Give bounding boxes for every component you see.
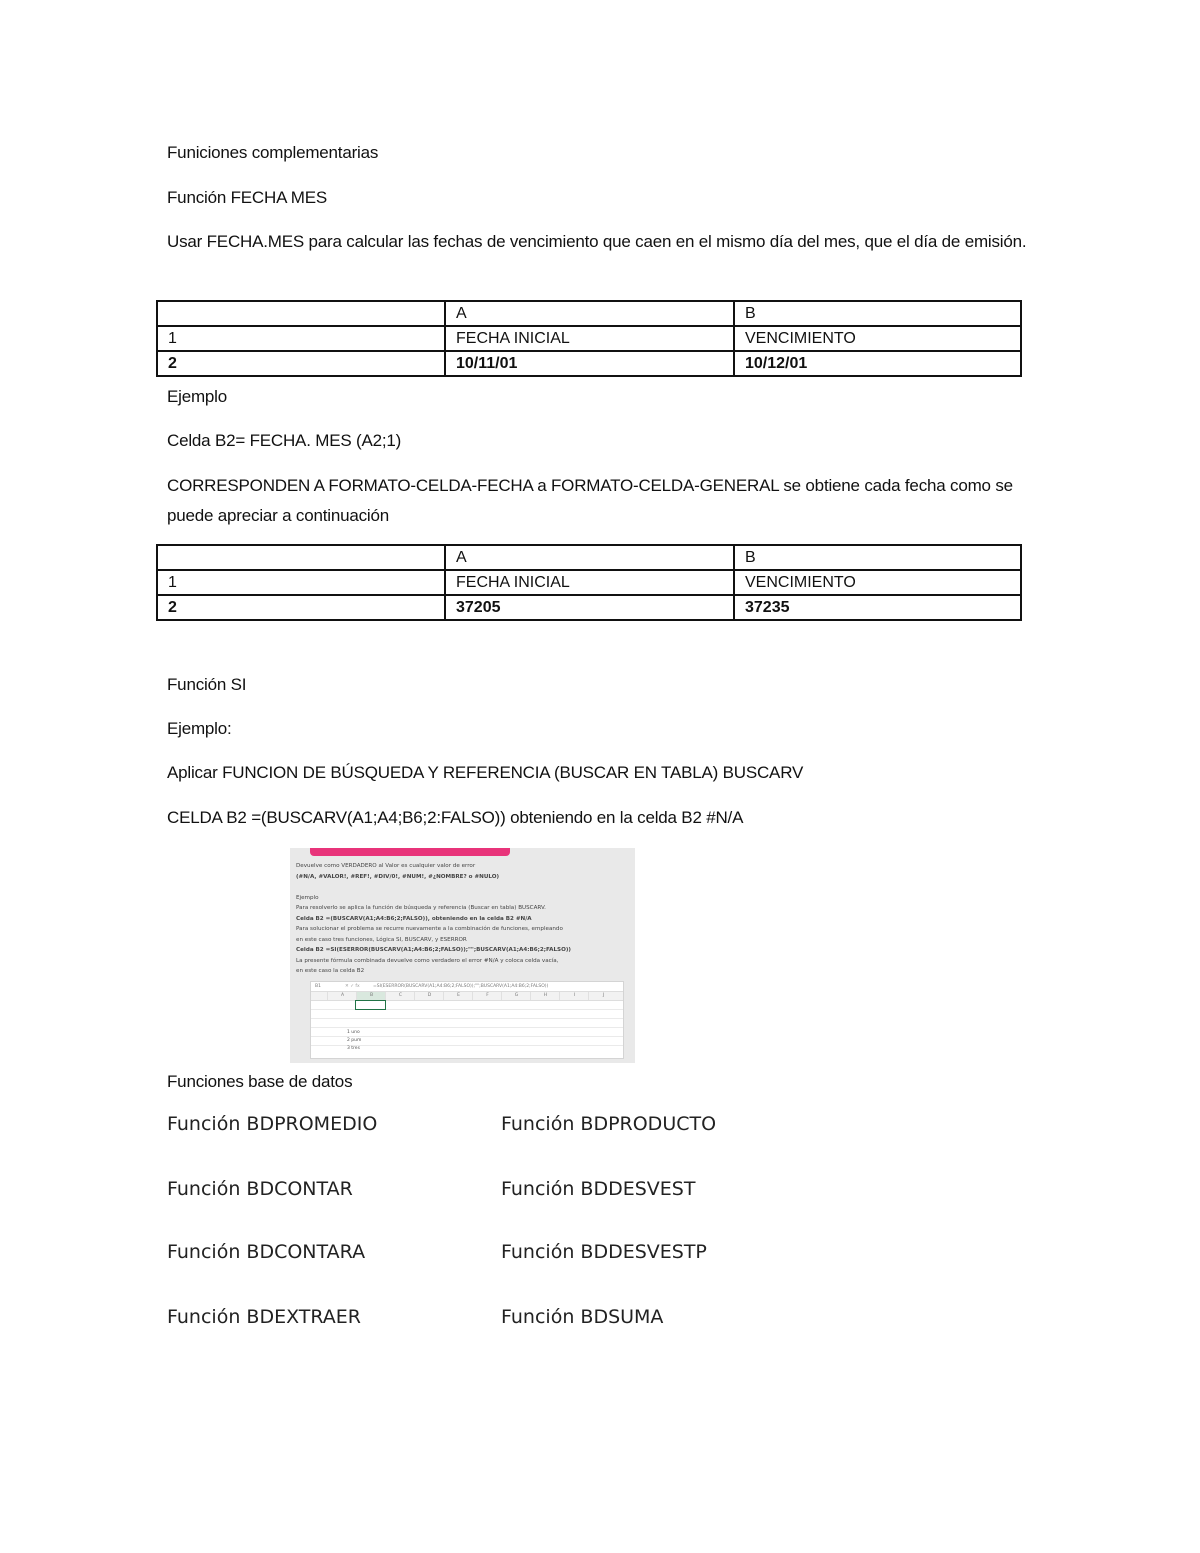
cell-value: 1 uno xyxy=(347,1030,360,1035)
table-cell: FECHA INICIAL xyxy=(445,570,734,595)
table-row: 2 10/11/01 10/12/01 xyxy=(157,351,1021,376)
section-title-bd: Funciones base de datos xyxy=(167,1068,352,1096)
column-header: A xyxy=(327,992,357,1000)
row-line xyxy=(311,1036,623,1037)
table-cell: 1 xyxy=(157,326,445,351)
accent-bar xyxy=(310,848,510,856)
example-label: Ejemplo xyxy=(167,383,227,411)
screenshot-text-line: Para resolverlo se aplica la función de … xyxy=(296,904,546,913)
table-cell: B xyxy=(734,545,1021,570)
formula-text: =SI(ESERROR(BUSCARV(A1;A4:B6;2;FALSO));"… xyxy=(373,982,548,991)
bd-function-item: Función BDPRODUCTO xyxy=(501,1113,716,1135)
row-line xyxy=(311,1027,623,1028)
cell-value: 2 pum xyxy=(347,1038,361,1043)
embedded-screenshot: Devuelve como VERDADERO al Valor es cual… xyxy=(290,848,635,1063)
screenshot-text-line: La presente fórmula combinada devuelve c… xyxy=(296,957,558,966)
section-title-funcion-si: Función SI xyxy=(167,671,246,699)
cell-value: 3 tres xyxy=(347,1046,360,1051)
fecha-mes-formula: Celda B2= FECHA. MES (A2;1) xyxy=(167,427,401,455)
table-cell: 10/11/01 xyxy=(445,351,734,376)
bd-function-item: Función BDCONTAR xyxy=(167,1178,353,1200)
table-cell: FECHA INICIAL xyxy=(445,326,734,351)
document-heading: Funiciones complementarias xyxy=(167,139,378,167)
table-header-row: A B xyxy=(157,301,1021,326)
screenshot-text-line: en este caso tres funciones, Lógica SI, … xyxy=(296,936,467,945)
table-cell xyxy=(157,545,445,570)
fx-icon: ✕ ✓ fx xyxy=(345,982,360,991)
column-header: F xyxy=(472,992,502,1000)
table-cell: 37235 xyxy=(734,595,1021,620)
table-cell: 2 xyxy=(157,595,445,620)
spreadsheet-preview: B1 ✕ ✓ fx =SI(ESERROR(BUSCARV(A1;A4:B6;2… xyxy=(310,981,624,1059)
fecha-table-serials: A B 1 FECHA INICIAL VENCIMIENTO 2 37205 … xyxy=(156,544,1022,621)
table-cell: 2 xyxy=(157,351,445,376)
fecha-table-dates: A B 1 FECHA INICIAL VENCIMIENTO 2 10/11/… xyxy=(156,300,1022,377)
table-cell: 1 xyxy=(157,570,445,595)
table-cell: B xyxy=(734,301,1021,326)
column-header: E xyxy=(443,992,473,1000)
table-row: 1 FECHA INICIAL VENCIMIENTO xyxy=(157,326,1021,351)
bd-function-item: Función BDSUMA xyxy=(501,1306,663,1328)
column-header: C xyxy=(385,992,415,1000)
table-cell: 37205 xyxy=(445,595,734,620)
bd-function-item: Función BDPROMEDIO xyxy=(167,1113,377,1135)
bd-function-item: Función BDEXTRAER xyxy=(167,1306,361,1328)
column-header: J xyxy=(588,992,618,1000)
example-label-si: Ejemplo: xyxy=(167,715,232,743)
table-cell: VENCIMIENTO xyxy=(734,326,1021,351)
column-header: H xyxy=(530,992,560,1000)
buscarv-apply-text: Aplicar FUNCION DE BÚSQUEDA Y REFERENCIA… xyxy=(167,759,803,787)
format-note: CORRESPONDEN A FORMATO-CELDA-FECHA a FOR… xyxy=(167,471,1027,531)
table-cell xyxy=(157,301,445,326)
row-line xyxy=(311,1018,623,1019)
screenshot-text-line: Para solucionar el problema se recurre n… xyxy=(296,925,563,934)
column-header: I xyxy=(559,992,589,1000)
screenshot-text-line: Ejemplo xyxy=(296,894,319,903)
table-cell: A xyxy=(445,545,734,570)
table-cell: 10/12/01 xyxy=(734,351,1021,376)
screenshot-text-line: (#N/A, #VALOR!, #REF!, #DIV/0!, #NUM!, #… xyxy=(296,873,499,882)
screenshot-text-line: Devuelve como VERDADERO al Valor es cual… xyxy=(296,862,475,871)
table-row: 2 37205 37235 xyxy=(157,595,1021,620)
table-row: 1 FECHA INICIAL VENCIMIENTO xyxy=(157,570,1021,595)
bd-function-item: Función BDCONTARA xyxy=(167,1241,365,1263)
section-title-fecha-mes: Función FECHA MES xyxy=(167,184,327,212)
column-header: B xyxy=(356,992,386,1000)
table-cell: VENCIMIENTO xyxy=(734,570,1021,595)
column-header: D xyxy=(414,992,444,1000)
bd-function-item: Función BDDESVESTP xyxy=(501,1241,707,1263)
table-header-row: A B xyxy=(157,545,1021,570)
name-box: B1 xyxy=(315,982,321,991)
buscarv-formula: CELDA B2 =(BUSCARV(A1;A4;B6;2:FALSO)) ob… xyxy=(167,804,743,832)
screenshot-text-line: Celda B2 =(BUSCARV(A1;A4:B6;2;FALSO)), o… xyxy=(296,915,532,924)
column-header: G xyxy=(501,992,531,1000)
screenshot-text-line: en este caso la celda B2 xyxy=(296,967,364,976)
screenshot-text-line: Celda B2 =SI(ESERROR(BUSCARV(A1;A4:B6;2;… xyxy=(296,946,571,955)
bd-function-item: Función BDDESVEST xyxy=(501,1178,695,1200)
formula-bar: B1 ✕ ✓ fx =SI(ESERROR(BUSCARV(A1;A4:B6;2… xyxy=(311,982,623,992)
table-cell: A xyxy=(445,301,734,326)
fecha-mes-description: Usar FECHA.MES para calcular las fechas … xyxy=(167,228,1027,256)
selected-cell xyxy=(355,1000,386,1010)
